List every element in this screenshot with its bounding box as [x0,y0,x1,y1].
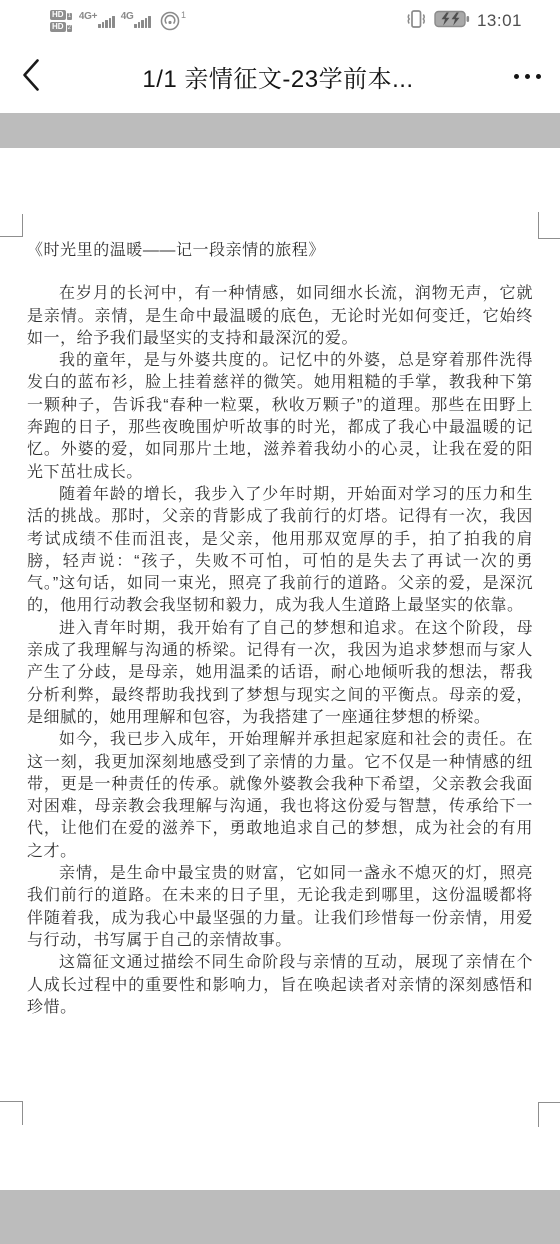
clock-label: 13:01 [477,11,522,31]
text-boundary-mark-bottom-left [0,1101,23,1125]
hd-badge-index: 1 [67,13,72,20]
document-page[interactable]: 《时光里的温暖——记一段亲情的旅程》 在岁月的长河中，有一种情感，如同细水长流，… [0,148,560,1190]
network-type-label: 4G+ [79,11,97,22]
essay-paragraph: 这篇征文通过描绘不同生命阶段与亲情的互动，展现了亲情在个人成长过程中的重要性和影… [27,952,533,1019]
signal-bars-icon [98,14,115,28]
essay-paragraph: 我的童年，是与外婆共度的。记忆中的外婆，总是穿着那件洗得发白的蓝布衫，脸上挂着慈… [27,350,533,484]
essay-paragraph: 如今，我已步入成年，开始理解并承担起家庭和社会的责任。在这一刻，我更加深刻地感受… [27,729,533,863]
status-left-icons: HD 1 HD 2 4G+ 4G 1 [50,10,186,32]
essay-paragraph: 随着年龄的增长，我步入了少年时期，开始面对学习的压力和生活的挑战。那时，父亲的背… [27,484,533,618]
hotspot-icon: 1 [159,10,186,32]
network-type-label: 4G [121,11,134,22]
hotspot-count-label: 1 [181,10,186,20]
status-right-icons: 13:01 [405,7,522,36]
nav-bar: 1/1 亲情征文-23学前本... [0,42,560,110]
document-body: 《时光里的温暖——记一段亲情的旅程》 在岁月的长河中，有一种情感，如同细水长流，… [27,240,533,1019]
back-button[interactable] [0,42,62,110]
status-bar: HD 1 HD 2 4G+ 4G 1 [0,0,560,42]
battery-charging-icon [434,10,470,33]
volte-hd-sim1-icon: HD 1 [50,10,72,20]
essay-paragraph: 亲情，是生命中最宝贵的财富，它如同一盏永不熄灭的灯，照亮我们前行的道路。在未来的… [27,863,533,952]
canvas-background-bottom [0,1190,560,1244]
hd-badge-index: 2 [67,25,72,32]
signal-sim1-icon: 4G+ [79,11,115,31]
essay-paragraph: 在岁月的长河中，有一种情感，如同细水长流，润物无声，它就是亲情。亲情，是生命中最… [27,283,533,350]
chevron-left-icon [20,57,42,96]
document-title-bar: 1/1 亲情征文-23学前本... [62,59,494,94]
more-menu-button[interactable] [494,42,560,110]
signal-sim2-icon: 4G [121,11,151,31]
text-boundary-mark-top-right [538,212,560,239]
essay-paragraph: 进入青年时期，我开始有了自己的梦想和追求。在这个阶段，母亲成了我理解与沟通的桥梁… [27,618,533,729]
volte-hd-icons: HD 1 HD 2 [50,10,72,32]
hd-badge-label: HD [50,10,66,20]
text-boundary-mark-top-left [0,214,23,237]
volte-hd-sim2-icon: HD 2 [50,22,72,32]
ellipsis-icon [514,74,541,79]
signal-bars-icon [134,14,151,28]
essay-title: 《时光里的温暖——记一段亲情的旅程》 [27,240,533,262]
text-boundary-mark-bottom-right [538,1102,560,1127]
canvas-background-top [0,113,560,148]
phone-screen: { "status_bar": { "time": "13:01", "sim_… [0,0,560,1244]
vibrate-icon [405,7,427,36]
hd-badge-label: HD [50,22,66,32]
